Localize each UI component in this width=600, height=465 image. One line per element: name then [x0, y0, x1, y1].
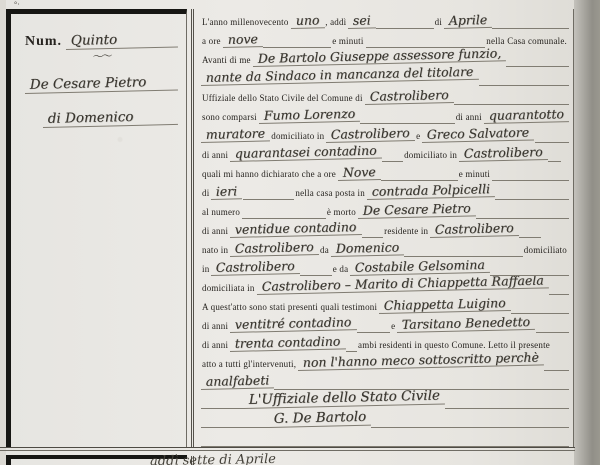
deceased-name-line: De Cesare Pietro	[25, 60, 178, 94]
printed-form-text: Avanti di me	[201, 55, 253, 67]
blank-rule	[381, 162, 458, 181]
blank-rule	[492, 162, 569, 181]
blank-rule	[362, 219, 383, 238]
printed-form-text: è morto	[326, 207, 358, 219]
handwritten-entry: Costabile Gelsomina	[350, 257, 490, 276]
handwritten-entry: muratore	[201, 125, 270, 143]
deceased-patronymic-line: di Domenico	[25, 94, 178, 128]
printed-form-text: da	[319, 245, 331, 257]
blank-rule	[479, 67, 569, 86]
blank-rule	[404, 238, 523, 257]
act-line: Uffiziale dello Stato Civile del Comune …	[201, 86, 569, 105]
handwritten-entry: ventitré contadino	[230, 314, 357, 333]
printed-form-text: residente in	[383, 226, 430, 238]
handwritten-entry: Domenico	[331, 239, 405, 257]
printed-form-text: e minuti	[331, 36, 365, 48]
handwritten-entry: Castrolibero	[230, 239, 319, 257]
handwritten-entry: ventidue contadino	[230, 219, 362, 238]
handwritten-entry: Aprile	[444, 12, 493, 29]
act-line: inCastroliberoe daCostabile Gelsomina	[201, 257, 569, 276]
handwritten-entry: non l'hanno meco sottoscritto perchè	[298, 352, 544, 371]
next-record-sliver: addì sette di Aprile	[0, 451, 600, 465]
handwritten-entry: sei	[348, 12, 376, 29]
act-line: L'anno millenovecentouno, addìseidiApril…	[201, 10, 569, 29]
blank-rule	[495, 181, 569, 200]
printed-form-text: di anni	[201, 150, 230, 162]
blank-rule	[476, 200, 569, 219]
printed-form-text: , addì	[324, 17, 348, 29]
handwritten-entry: Castrolibero – Marito di Chiappetta Raff…	[256, 276, 548, 295]
handwritten-entry: Fumo Lorenzo	[258, 106, 360, 124]
act-line: nante da Sindaco in mancanza del titolar…	[201, 67, 569, 86]
printed-form-text: Uffiziale dello Stato Civile del Comune …	[201, 93, 365, 105]
act-line: domiciliata inCastrolibero – Marito di C…	[201, 276, 569, 295]
handwritten-entry: Castrolibero	[326, 125, 415, 143]
act-line: atto a tutti gl'intervenuti,non l'hanno …	[201, 352, 569, 371]
printed-form-text: ambi residenti in questo Comune. Letto i…	[357, 340, 552, 352]
blank-rule	[274, 371, 569, 390]
blank-rule	[243, 181, 295, 200]
blank-rule	[201, 390, 244, 409]
blank-rule	[549, 276, 569, 295]
printed-form-text: domiciliata in	[201, 283, 257, 295]
printed-form-text: di anni	[201, 321, 230, 333]
handwritten-entry: De Cesare Pietro	[358, 200, 476, 219]
handwritten-entry: Castrolibero	[364, 87, 453, 105]
act-lines: L'anno millenovecentouno, addìseidiApril…	[191, 9, 574, 447]
handwritten-entry: L'Uffiziale dello Stato Civile	[244, 390, 446, 409]
act-line: a orenovee minutinella Casa comunale.	[201, 29, 569, 48]
handwritten-entry: Castrolibero	[211, 258, 300, 276]
act-line: di anniquarantasei contadinodomiciliato …	[201, 143, 569, 162]
blank-rule	[300, 257, 331, 276]
handwritten-entry: De Bartolo Giuseppe assessore funzio,	[252, 48, 506, 67]
printed-form-text: quali mi hanno dichiarato che a ore	[201, 169, 338, 181]
blank-rule	[548, 143, 561, 162]
handwritten-entry: contrada Polpicelli	[367, 181, 496, 200]
handwritten-entry: Castrolibero	[459, 144, 548, 162]
blank-rule	[506, 48, 569, 67]
num-label: Num.	[25, 34, 66, 50]
act-line: muratoredomiciliato inCastroliberoeGreco…	[201, 124, 569, 143]
blank-rule	[376, 10, 433, 29]
blank-rule	[535, 124, 569, 143]
scanned-death-record-page: °· Num. Quinto 〜〜 De Cesare Pietro di Do…	[0, 0, 600, 465]
deceased-name-handwritten: De Cesare Pietro	[25, 74, 178, 94]
handwritten-entry: nove	[222, 31, 262, 48]
act-line: nato inCastroliberodaDomenicodomiciliato	[201, 238, 569, 257]
handwritten-entry: quarantasei contadino	[230, 143, 382, 162]
blank-rule	[519, 219, 540, 238]
printed-form-text: di anni	[201, 340, 230, 352]
blank-rule	[346, 333, 357, 352]
handwritten-entry: trenta contadino	[230, 333, 346, 352]
next-record-handwritten-fragment: addì sette di Aprile	[150, 452, 276, 465]
blank-rule	[492, 10, 569, 29]
blank-rule	[242, 200, 326, 219]
act-line: di anniventidue contadinoresidente inCas…	[201, 219, 569, 238]
printed-form-text: di anni	[201, 226, 230, 238]
blank-rule	[263, 29, 331, 48]
act-line: analfabeti	[201, 371, 569, 390]
handwritten-entry: Nove	[338, 164, 381, 181]
deceased-patronymic-handwritten: di Domenico	[43, 108, 178, 128]
act-line: al numeroè mortoDe Cesare Pietro	[201, 200, 569, 219]
handwritten-entry: Tarsitano Benedetto	[397, 314, 536, 333]
blank-rule	[454, 86, 569, 105]
blank-rule	[360, 105, 454, 124]
blank-rule	[544, 352, 569, 371]
printed-form-text: e minuti	[458, 169, 492, 181]
printed-form-text: nella Casa comunale.	[485, 36, 569, 48]
blank-rule	[371, 409, 569, 428]
act-line: Avanti di meDe Bartolo Giuseppe assessor…	[201, 48, 569, 67]
handwritten-entry: Castrolibero	[430, 220, 519, 238]
printed-form-text: di	[434, 17, 444, 29]
handwritten-entry: nante da Sindaco in mancanza del titolar…	[201, 67, 479, 86]
printed-form-text: domiciliato in	[270, 131, 326, 143]
blank-rule	[366, 29, 486, 48]
printed-form-text: a ore	[201, 36, 223, 48]
printed-form-text: L'anno millenovecento	[201, 17, 291, 29]
blank-rule	[201, 428, 569, 447]
printed-form-text: sono comparsi	[201, 112, 259, 124]
handwritten-entry: uno	[290, 12, 324, 29]
printed-form-text: A quest'atto sono stati presenti quali t…	[201, 302, 379, 314]
handwritten-entry: Greco Salvatore	[422, 124, 535, 143]
printed-form-text: nella casa posta in	[294, 188, 367, 200]
blank-rule	[382, 143, 403, 162]
page-gutter	[574, 0, 600, 465]
act-line: diierinella casa posta incontrada Polpic…	[201, 181, 569, 200]
printed-form-text: al numero	[201, 207, 242, 219]
blank-rule	[357, 314, 390, 333]
handwritten-entry: ieri	[211, 183, 243, 200]
act-line: di annitrenta contadinoambi residenti in…	[201, 333, 569, 352]
handwritten-entry: G. De Bartolo	[269, 409, 372, 428]
act-line: G. De Bartolo	[201, 409, 569, 428]
printed-form-text: di anni	[455, 112, 484, 124]
printed-form-text: domiciliato	[523, 245, 569, 257]
handwritten-entry: quarantotto	[484, 106, 569, 124]
printed-form-text: e da	[332, 264, 351, 276]
blank-rule	[490, 257, 569, 276]
act-line: L'Uffiziale dello Stato Civile	[201, 390, 569, 409]
blank-rule	[201, 409, 269, 428]
blank-rule	[445, 390, 569, 409]
printed-form-text: domiciliato in	[403, 150, 459, 162]
act-line: sono comparsiFumo Lorenzodi anniquaranto…	[201, 105, 569, 124]
handwritten-entry: analfabeti	[201, 372, 274, 390]
blank-rule	[511, 295, 569, 314]
act-line	[201, 428, 569, 447]
act-line: di anniventitré contadinoeTarsitano Bene…	[201, 314, 569, 333]
blank-rule	[536, 314, 569, 333]
printed-form-text: atto a tutti gl'intervenuti,	[201, 359, 298, 371]
act-line: quali mi hanno dichiarato che a oreNovee…	[201, 162, 569, 181]
printed-form-text: nato in	[201, 245, 230, 257]
margin-number-box: Num. Quinto 〜〜 De Cesare Pietro di Domen…	[6, 9, 187, 447]
handwritten-entry: Chiappetta Luigino	[379, 295, 511, 314]
act-line: A quest'atto sono stati presenti quali t…	[201, 295, 569, 314]
corner-mark: °·	[14, 0, 20, 9]
